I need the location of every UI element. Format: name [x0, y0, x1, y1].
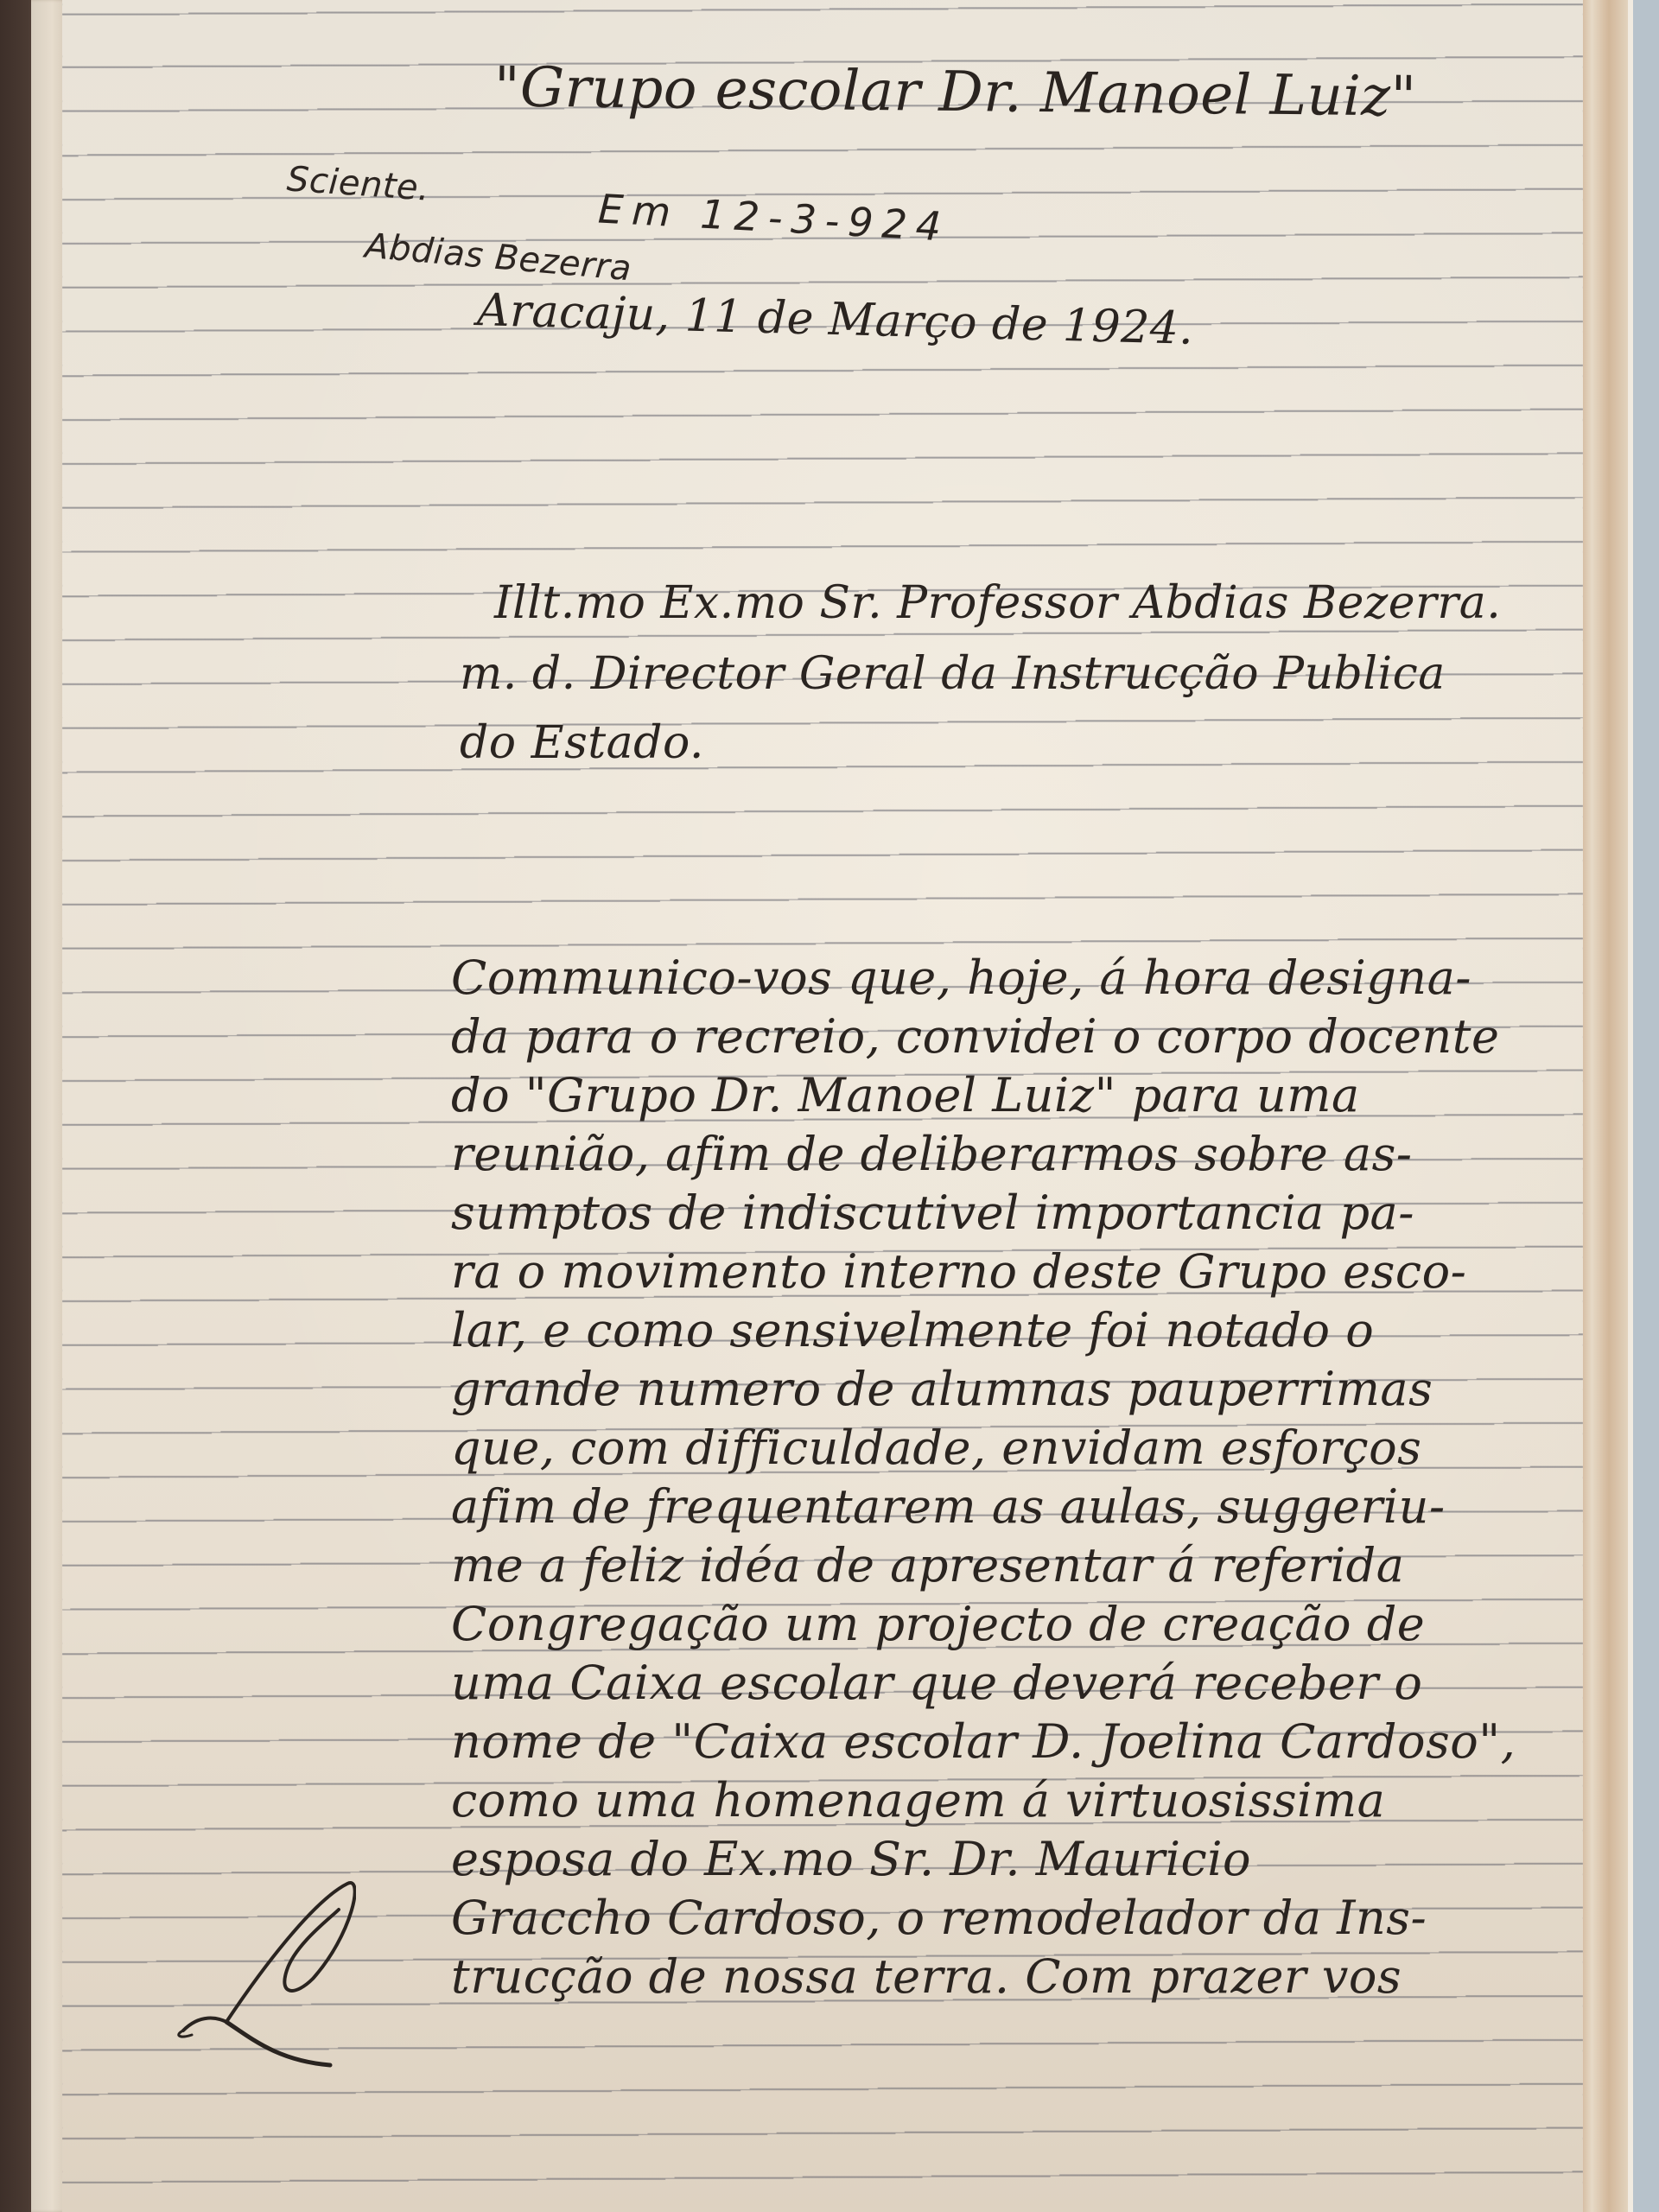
document-photo: "Grupo escolar Dr. Manoel Luiz" Sciente.… — [0, 0, 1659, 2212]
body-line: reunião, afim de deliberarmos sobre as- — [451, 1127, 1413, 1181]
salutation-line: Illt.mo Ex.mo Sr. Professor Abdias Bezer… — [494, 577, 1501, 629]
salutation-line: do Estado. — [460, 717, 704, 769]
body-line: Congregação um projecto de creação de — [451, 1597, 1425, 1651]
letter-page: "Grupo escolar Dr. Manoel Luiz" Sciente.… — [62, 0, 1583, 2212]
body-line: Graccho Cardoso, o remodelador da Ins- — [451, 1891, 1427, 1945]
body-line: nome de "Caixa escolar D. Joelina Cardos… — [451, 1714, 1516, 1769]
body-line: esposa do Ex.mo Sr. Dr. Mauricio — [451, 1832, 1251, 1886]
letter-title: "Grupo escolar Dr. Manoel Luiz" — [494, 55, 1417, 129]
body-line: do "Grupo Dr. Manoel Luiz" para uma — [451, 1068, 1360, 1122]
body-line: trucção de nossa terra. Com prazer vos — [451, 1949, 1402, 2004]
body-line: Communico-vos que, hoje, á hora designa- — [451, 950, 1471, 1005]
body-line: sumptos de indiscutivel importancia pa- — [451, 1185, 1414, 1240]
body-line: grande numero de alumnas pauperrimas — [451, 1362, 1433, 1416]
body-line: lar, e como sensivelmente foi notado o — [451, 1303, 1374, 1357]
body-line: que, com difficuldade, envidam esforços — [451, 1421, 1421, 1475]
body-line: afim de frequentarem as aulas, suggeriu- — [451, 1479, 1446, 1534]
body-line: como uma homenagem á virtuosissima — [451, 1773, 1385, 1827]
body-line: ra o movimento interno deste Grupo esco- — [451, 1244, 1466, 1299]
body-line: da para o recreio, convidei o corpo doce… — [451, 1009, 1499, 1064]
margin-flourish-l-icon — [166, 1866, 356, 2074]
body-line: me a feliz idéa de apresentar á referida — [451, 1538, 1404, 1592]
salutation-line: m. d. Director Geral da Instrucção Publi… — [460, 648, 1446, 700]
body-line: uma Caixa escolar que deverá receber o — [451, 1656, 1422, 1710]
